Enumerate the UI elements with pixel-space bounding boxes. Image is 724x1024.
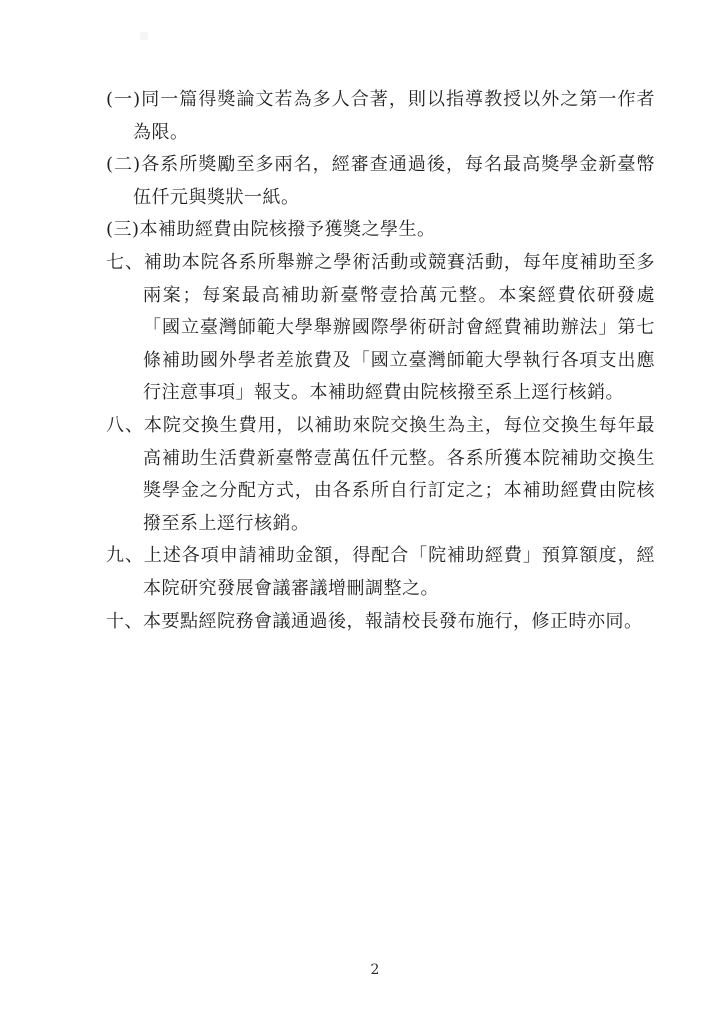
subitem-text: 各系所獎勵至多兩名，經審查通過後，每名最高獎學金新臺幣伍仟元與獎狀一紙。 [133,154,655,208]
subitem-label: (二) [106,154,141,175]
item-text: 上述各項申請補助金額，得配合「院補助經費」預算額度，經本院研究發展會議審議增刪調… [143,545,655,599]
list-item: 十、本要點經院務會議通過後，報請校長發布施行，修正時亦同。 [106,606,655,639]
subitem-text: 同一篇得獎論文若為多人合著，則以指導教授以外之第一作者為限。 [133,89,655,143]
subitem-label: (三) [106,219,140,240]
item-text: 本要點經院務會議通過後，報請校長發布施行，修正時亦同。 [143,611,643,632]
item-label: 七、 [106,252,144,273]
list-subitem: (三)本補助經費由院核撥予獲獎之學生。 [106,214,655,247]
item-label: 十、 [106,611,143,632]
list-subitem: (二)各系所獎勵至多兩名，經審查通過後，每名最高獎學金新臺幣伍仟元與獎狀一紙。 [106,149,655,214]
item-text: 補助本院各系所舉辦之學術活動或競賽活動，每年度補助至多兩案；每案最高補助新臺幣壹… [143,252,655,403]
list-item: 九、上述各項申請補助金額，得配合「院補助經費」預算額度，經本院研究發展會議審議增… [106,540,655,605]
list-subitem: (一)同一篇得獎論文若為多人合著，則以指導教授以外之第一作者為限。 [106,84,655,149]
item-label: 八、 [106,415,144,436]
list-item: 八、本院交換生費用，以補助來院交換生為主，每位交換生每年最高補助生活費新臺幣壹萬… [106,410,655,540]
page-number: 2 [355,961,395,979]
subitem-text: 本補助經費由院核撥予獲獎之學生。 [140,219,436,240]
subitem-label: (一) [106,89,141,110]
document-page: (一)同一篇得獎論文若為多人合著，則以指導教授以外之第一作者為限。 (二)各系所… [0,0,724,1024]
item-text: 本院交換生費用，以補助來院交換生為主，每位交換生每年最高補助生活費新臺幣壹萬伍仟… [143,415,655,534]
document-body: (一)同一篇得獎論文若為多人合著，則以指導教授以外之第一作者為限。 (二)各系所… [106,84,655,638]
list-item: 七、補助本院各系所舉辦之學術活動或競賽活動，每年度補助至多兩案；每案最高補助新臺… [106,247,655,410]
item-label: 九、 [106,545,144,566]
scan-artifact [140,32,148,40]
